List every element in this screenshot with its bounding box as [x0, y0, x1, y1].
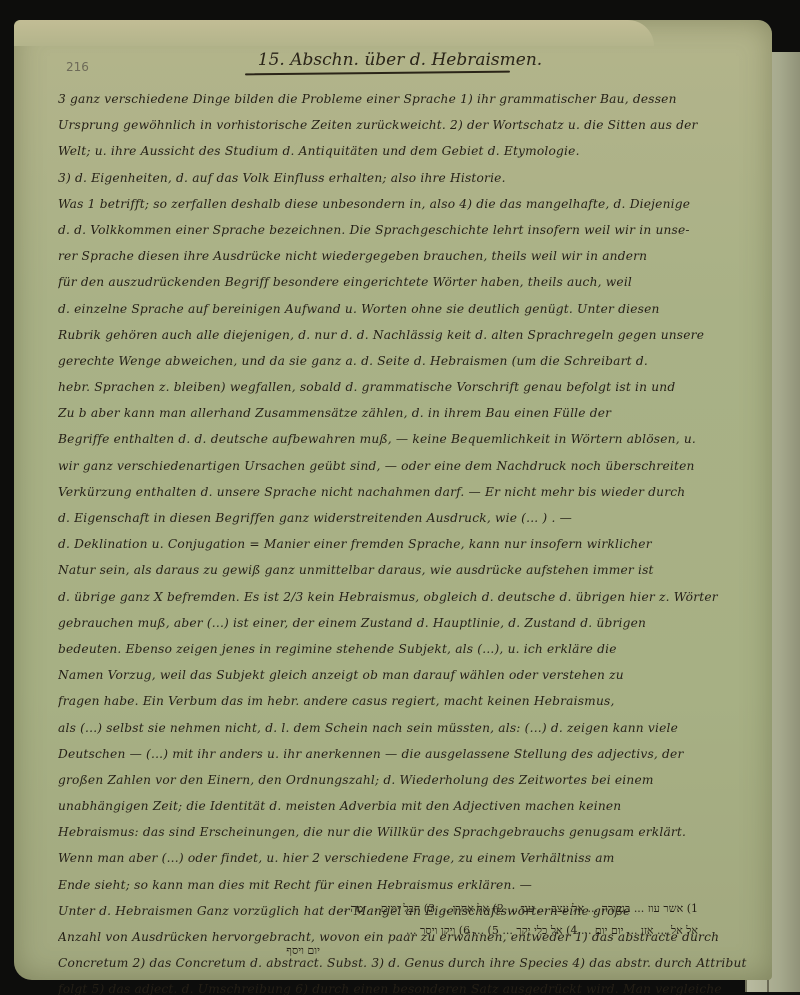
manuscript-line: gebrauchen muß, aber (...) ist einer, de…: [58, 610, 748, 636]
manuscript-line: hebr. Sprachen z. bleiben) wegfallen, so…: [58, 374, 748, 400]
manuscript-line: Ursprung gewöhnlich in vorhistorische Ze…: [58, 112, 748, 138]
manuscript-line: wir ganz verschiedenartigen Ursachen geü…: [58, 453, 748, 479]
manuscript-line: als (...) selbst sie nehmen nicht, d. l.…: [58, 715, 748, 741]
manuscript-line: fragen habe. Ein Verbum das im hebr. and…: [58, 688, 748, 714]
manuscript-line: Namen Vorzug, weil das Subjekt gleich an…: [58, 662, 748, 688]
page-torn-top-edge: [14, 20, 654, 46]
manuscript-line: unabhängigen Zeit; die Identität d. meis…: [58, 793, 748, 819]
manuscript-line: d. Deklination u. Conjugation = Manier e…: [58, 531, 748, 557]
manuscript-line: d. Eigenschaft in diesen Begriffen ganz …: [58, 505, 748, 531]
manuscript-line: 3) d. Eigenheiten, d. auf das Volk Einfl…: [58, 165, 748, 191]
manuscript-line: d. übrige ganz X befremden. Es ist 2/3 k…: [58, 584, 748, 610]
manuscript-line: Deutschen — (...) mit ihr anders u. ihr …: [58, 741, 748, 767]
manuscript-line: 3 ganz verschiedene Dinge bilden die Pro…: [58, 86, 748, 112]
manuscript-line: Zu b aber kann man allerhand Zusammensät…: [58, 400, 748, 426]
manuscript-line: Natur sein, als daraus zu gewiß ganz unm…: [58, 557, 748, 583]
manuscript-line: folgt 5) das adject. d. Umschreibung 6) …: [58, 976, 748, 995]
manuscript-line: Concretum 2) das Concretum d. abstract. …: [58, 950, 748, 976]
section-title: 15. Abschn. über d. Hebraismen.: [0, 50, 800, 70]
hebrew-examples-row-1: 1) אשר עוז ... בגבורה ... אל עצב ... ענן…: [58, 902, 698, 915]
manuscript-line: großen Zahlen vor den Einern, den Ordnun…: [58, 767, 748, 793]
manuscript-line: Wenn man aber (...) oder findet, u. hier…: [58, 845, 748, 871]
manuscript-text: 3 ganz verschiedene Dinge bilden die Pro…: [58, 86, 748, 995]
manuscript-line: Verkürzung enthalten d. unsere Sprache n…: [58, 479, 748, 505]
manuscript-line: Ende sieht; so kann man dies mit Recht f…: [58, 872, 748, 898]
manuscript-line: Rubrik gehören auch alle diejenigen, d. …: [58, 322, 748, 348]
manuscript-line: d. einzelne Sprache auf bereinigen Aufwa…: [58, 296, 748, 322]
hebrew-examples-row-3: יום ויסף: [260, 944, 320, 957]
manuscript-line: gerechte Wenge abweichen, und da sie gan…: [58, 348, 748, 374]
manuscript-line: bedeuten. Ebenso zeigen jenes in regimin…: [58, 636, 748, 662]
manuscript-line: Begriffe enthalten d. d. deutsche aufbew…: [58, 426, 748, 452]
manuscript-line: Hebraismus: das sind Erscheinungen, die …: [58, 819, 748, 845]
manuscript-line: rer Sprache diesen ihre Ausdrücke nicht …: [58, 243, 748, 269]
manuscript-line: d. d. Volkkommen einer Sprache bezeichne…: [58, 217, 748, 243]
manuscript-line: Was 1 betrifft; so zerfallen deshalb die…: [58, 191, 748, 217]
manuscript-line: für den auszudrückenden Begriff besonder…: [58, 269, 748, 295]
hebrew-examples-row-2: אל אל ... אזן ... יום יום ... 4) אל כלי …: [58, 924, 698, 937]
manuscript-line: Welt; u. ihre Aussicht des Studium d. An…: [58, 138, 748, 164]
